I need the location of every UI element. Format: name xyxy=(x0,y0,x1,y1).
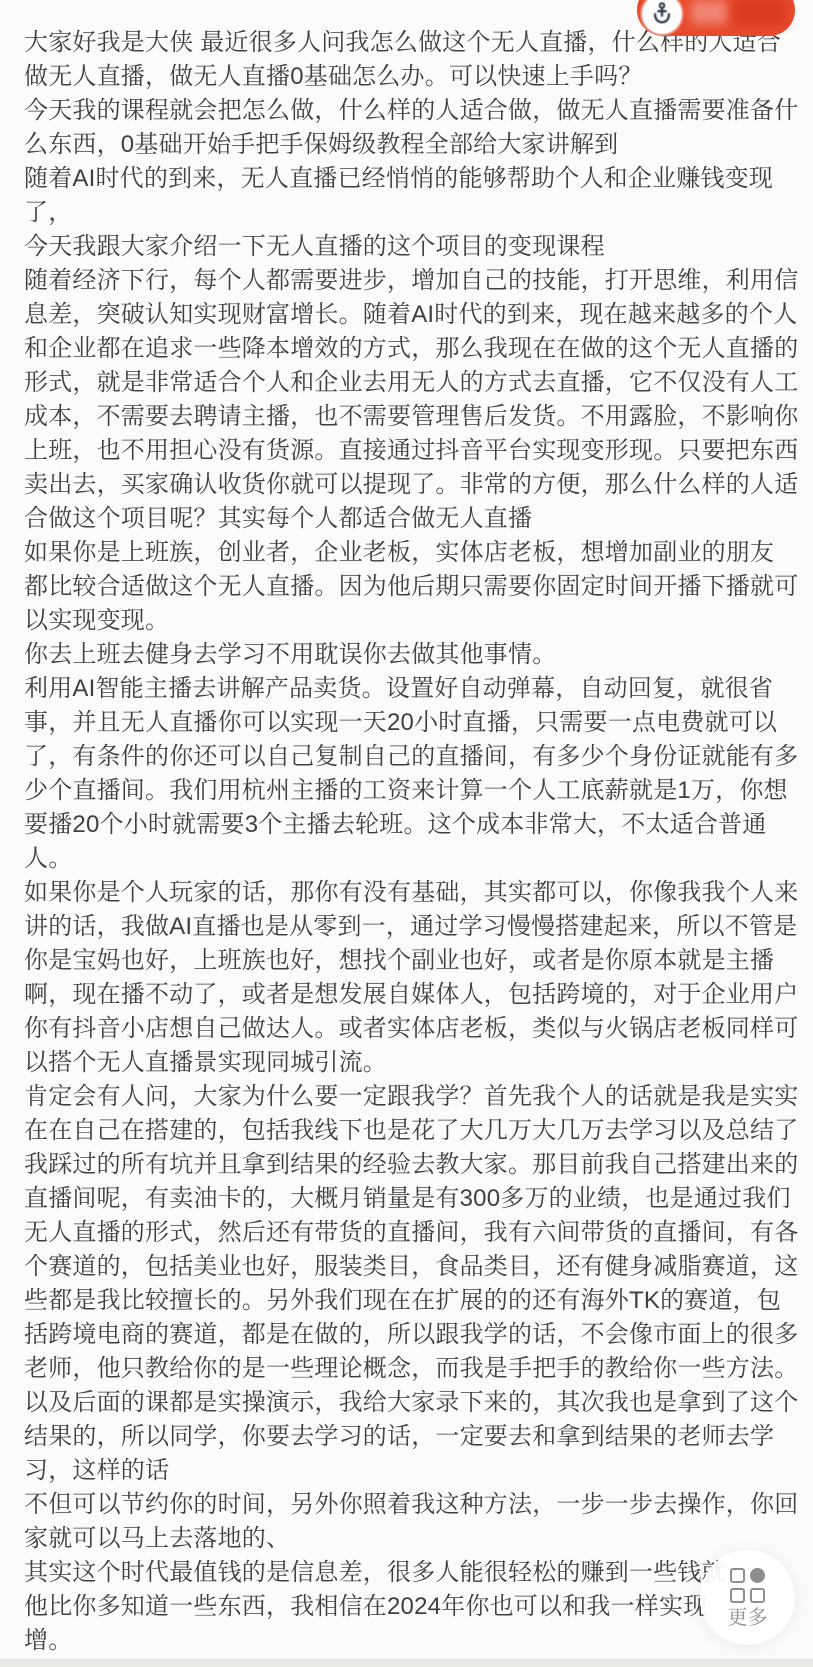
transcript-paragraph: 今天我的课程就会把怎么做，什么样的人适合做，做无人直播需要准备什 么东西，0基础… xyxy=(24,94,802,162)
transcript-paragraph: 肯定会有人问，大家为什么要一定跟我学？首先我个人的话就是我是实实 在在自己在搭建… xyxy=(24,1080,802,1488)
live-badge[interactable] xyxy=(637,0,795,36)
transcript-paragraph: 随着AI时代的到来，无人直播已经悄悄的能够帮助个人和企业赚钱变现 了， xyxy=(24,162,802,230)
transcript-paragraph: 利用AI智能主播去讲解产品卖货。设置好自动弹幕，自动回复，就很省 事，并且无人直… xyxy=(24,672,802,876)
transcript-paragraph: 其实这个时代最值钱的是信息差，很多人能很轻松的赚到一些钱就 他比你多知道一些东西… xyxy=(24,1556,802,1658)
transcript-paragraph: 今天我跟大家介绍一下无人直播的这个项目的变现课程 xyxy=(24,230,802,264)
more-button-label: 更多 xyxy=(728,1608,768,1628)
transcript-paragraph: 随着经济下行，每个人都需要进步，增加自己的技能，打开思维，利用信 息差，突破认知… xyxy=(24,264,802,536)
transcript-paragraph: 如果你是个人玩家的话，那你有没有基础，其实都可以，你像我我个人来 讲的话，我做A… xyxy=(24,876,802,1080)
transcript-paragraph: 不但可以节约你的时间，另外你照着我这种方法，一步一步去操作，你回 家就可以马上去… xyxy=(24,1488,802,1556)
hook-icon xyxy=(642,0,682,34)
more-button[interactable]: 更多 xyxy=(700,1550,795,1645)
transcript-paragraph: 如果你是上班族，创业者，企业老板，实体店老板，想增加副业的朋友 都比较合适做这个… xyxy=(24,536,802,638)
redacted-badge-text xyxy=(691,0,727,24)
bottom-edge-strip xyxy=(0,1659,813,1667)
transcript-paragraph: 你去上班去健身去学习不用耽误你去做其他事情。 xyxy=(24,638,802,672)
transcript-paragraph: 大家好我是大侠 最近很多人问我怎么做这个无人直播，什么样的人适合 做无人直播，做… xyxy=(24,26,802,94)
transcript-page: 大家好我是大侠 最近很多人问我怎么做这个无人直播，什么样的人适合 做无人直播，做… xyxy=(0,0,813,1658)
redacted-badge-text xyxy=(734,0,786,25)
grid-more-icon xyxy=(730,1568,765,1603)
